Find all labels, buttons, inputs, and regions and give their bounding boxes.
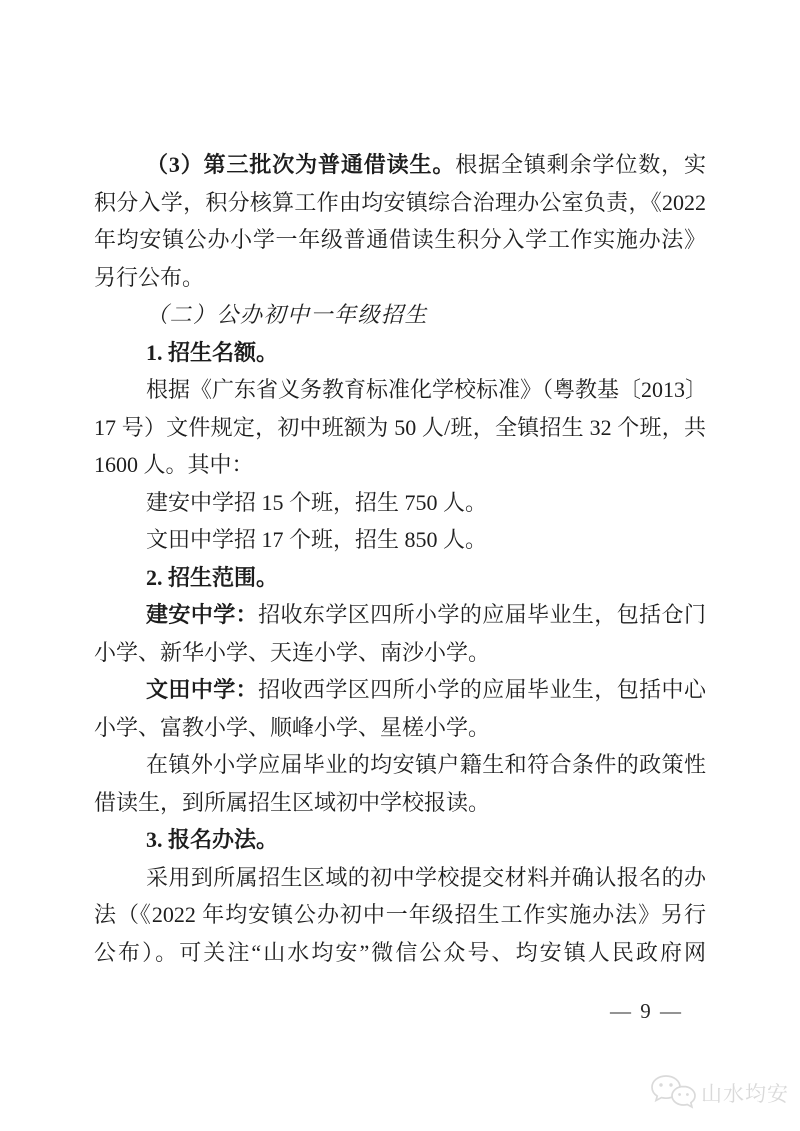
body-text: 小学、新华小学、天连小学、南沙小学。	[94, 640, 490, 665]
text-line: 1600 人。其中：	[94, 446, 706, 484]
text-line: 建安中学：招收东学区四所小学的应届毕业生，包括仓门	[94, 596, 706, 634]
text-line: 根据《广东省义务教育标准化学校标准》（粤教基〔2013〕	[94, 371, 706, 409]
text-line: 小学、富教小学、顺峰小学、星槎小学。	[94, 709, 706, 747]
text-line: 文田中学招 17 个班，招生 850 人。	[94, 521, 706, 559]
emphasis-text: 1. 招生名额。	[146, 340, 278, 365]
body-text: 积分入学，积分核算工作由均安镇综合治理办公室负责，《2022	[94, 190, 706, 215]
text-line: 建安中学招 15 个班，招生 750 人。	[94, 484, 706, 522]
text-line: 文田中学：招收西学区四所小学的应届毕业生，包括中心	[94, 671, 706, 709]
text-line: 3. 报名办法。	[94, 821, 706, 859]
text-line: 年均安镇公办小学一年级普通借读生积分入学工作实施办法》	[94, 221, 706, 259]
body-text: 建安中学招 15 个班，招生 750 人。	[146, 490, 487, 515]
body-text: 采用到所属招生区域的初中学校提交材料并确认报名的办	[146, 865, 706, 890]
body-text: 年均安镇公办小学一年级普通借读生积分入学工作实施办法》	[94, 227, 706, 252]
emphasis-text: 文田中学：	[146, 677, 258, 702]
emphasis-text: 3. 报名办法。	[146, 827, 278, 852]
body-text: 另行公布。	[94, 265, 204, 290]
text-line: 借读生，到所属招生区域初中学校报读。	[94, 784, 706, 822]
body-text: 小学、富教小学、顺峰小学、星槎小学。	[94, 715, 490, 740]
body-text: 招收东学区四所小学的应届毕业生，包括仓门	[258, 602, 706, 627]
text-line: （3）第三批次为普通借读生。根据全镇剩余学位数，实施	[94, 146, 706, 184]
text-line: 2. 招生范围。	[94, 559, 706, 597]
watermark-label: 山水均安	[701, 1078, 789, 1108]
watermark: 山水均安	[650, 1074, 789, 1112]
body-text: 根据《广东省义务教育标准化学校标准》（粤教基〔2013〕	[146, 377, 706, 402]
body-text: 17 号）文件规定，初中班额为 50 人/班，全镇招生 32 个班，共	[94, 415, 706, 440]
body-text: 借读生，到所属招生区域初中学校报读。	[94, 790, 490, 815]
emphasis-text: 建安中学：	[146, 602, 258, 627]
text-line: 小学、新华小学、天连小学、南沙小学。	[94, 634, 706, 672]
text-line: 在镇外小学应届毕业的均安镇户籍生和符合条件的政策性	[94, 746, 706, 784]
text-line: 采用到所属招生区域的初中学校提交材料并确认报名的办	[94, 859, 706, 897]
body-text: 在镇外小学应届毕业的均安镇户籍生和符合条件的政策性	[146, 752, 706, 777]
text-line: 积分入学，积分核算工作由均安镇综合治理办公室负责，《2022	[94, 184, 706, 222]
page-number: — 9 —	[610, 999, 683, 1024]
body-text: 法（《2022 年均安镇公办初中一年级招生工作实施办法》另行	[94, 902, 706, 927]
text-line: 1. 招生名额。	[94, 334, 706, 372]
text-line: 法（《2022 年均安镇公办初中一年级招生工作实施办法》另行	[94, 896, 706, 934]
emphasis-text: （3）第三批次为普通借读生。	[146, 152, 455, 177]
wechat-icon	[650, 1074, 696, 1112]
subheading-text: （二）公办初中一年级招生	[146, 302, 428, 327]
document-body: （3）第三批次为普通借读生。根据全镇剩余学位数，实施积分入学，积分核算工作由均安…	[94, 146, 706, 971]
body-text: 文田中学招 17 个班，招生 850 人。	[146, 527, 487, 552]
body-text: 招收西学区四所小学的应届毕业生，包括中心	[258, 677, 706, 702]
document-page: （3）第三批次为普通借读生。根据全镇剩余学位数，实施积分入学，积分核算工作由均安…	[0, 0, 800, 1131]
text-line: 公布）。可关注“山水均安”微信公众号、均安镇人民政府网	[94, 934, 706, 972]
body-text: 公布）。可关注“山水均安”微信公众号、均安镇人民政府网	[94, 940, 706, 965]
text-line: （二）公办初中一年级招生	[94, 296, 706, 334]
text-line: 另行公布。	[94, 259, 706, 297]
text-line: 17 号）文件规定，初中班额为 50 人/班，全镇招生 32 个班，共	[94, 409, 706, 447]
body-text: 1600 人。其中：	[94, 452, 254, 477]
emphasis-text: 2. 招生范围。	[146, 565, 278, 590]
